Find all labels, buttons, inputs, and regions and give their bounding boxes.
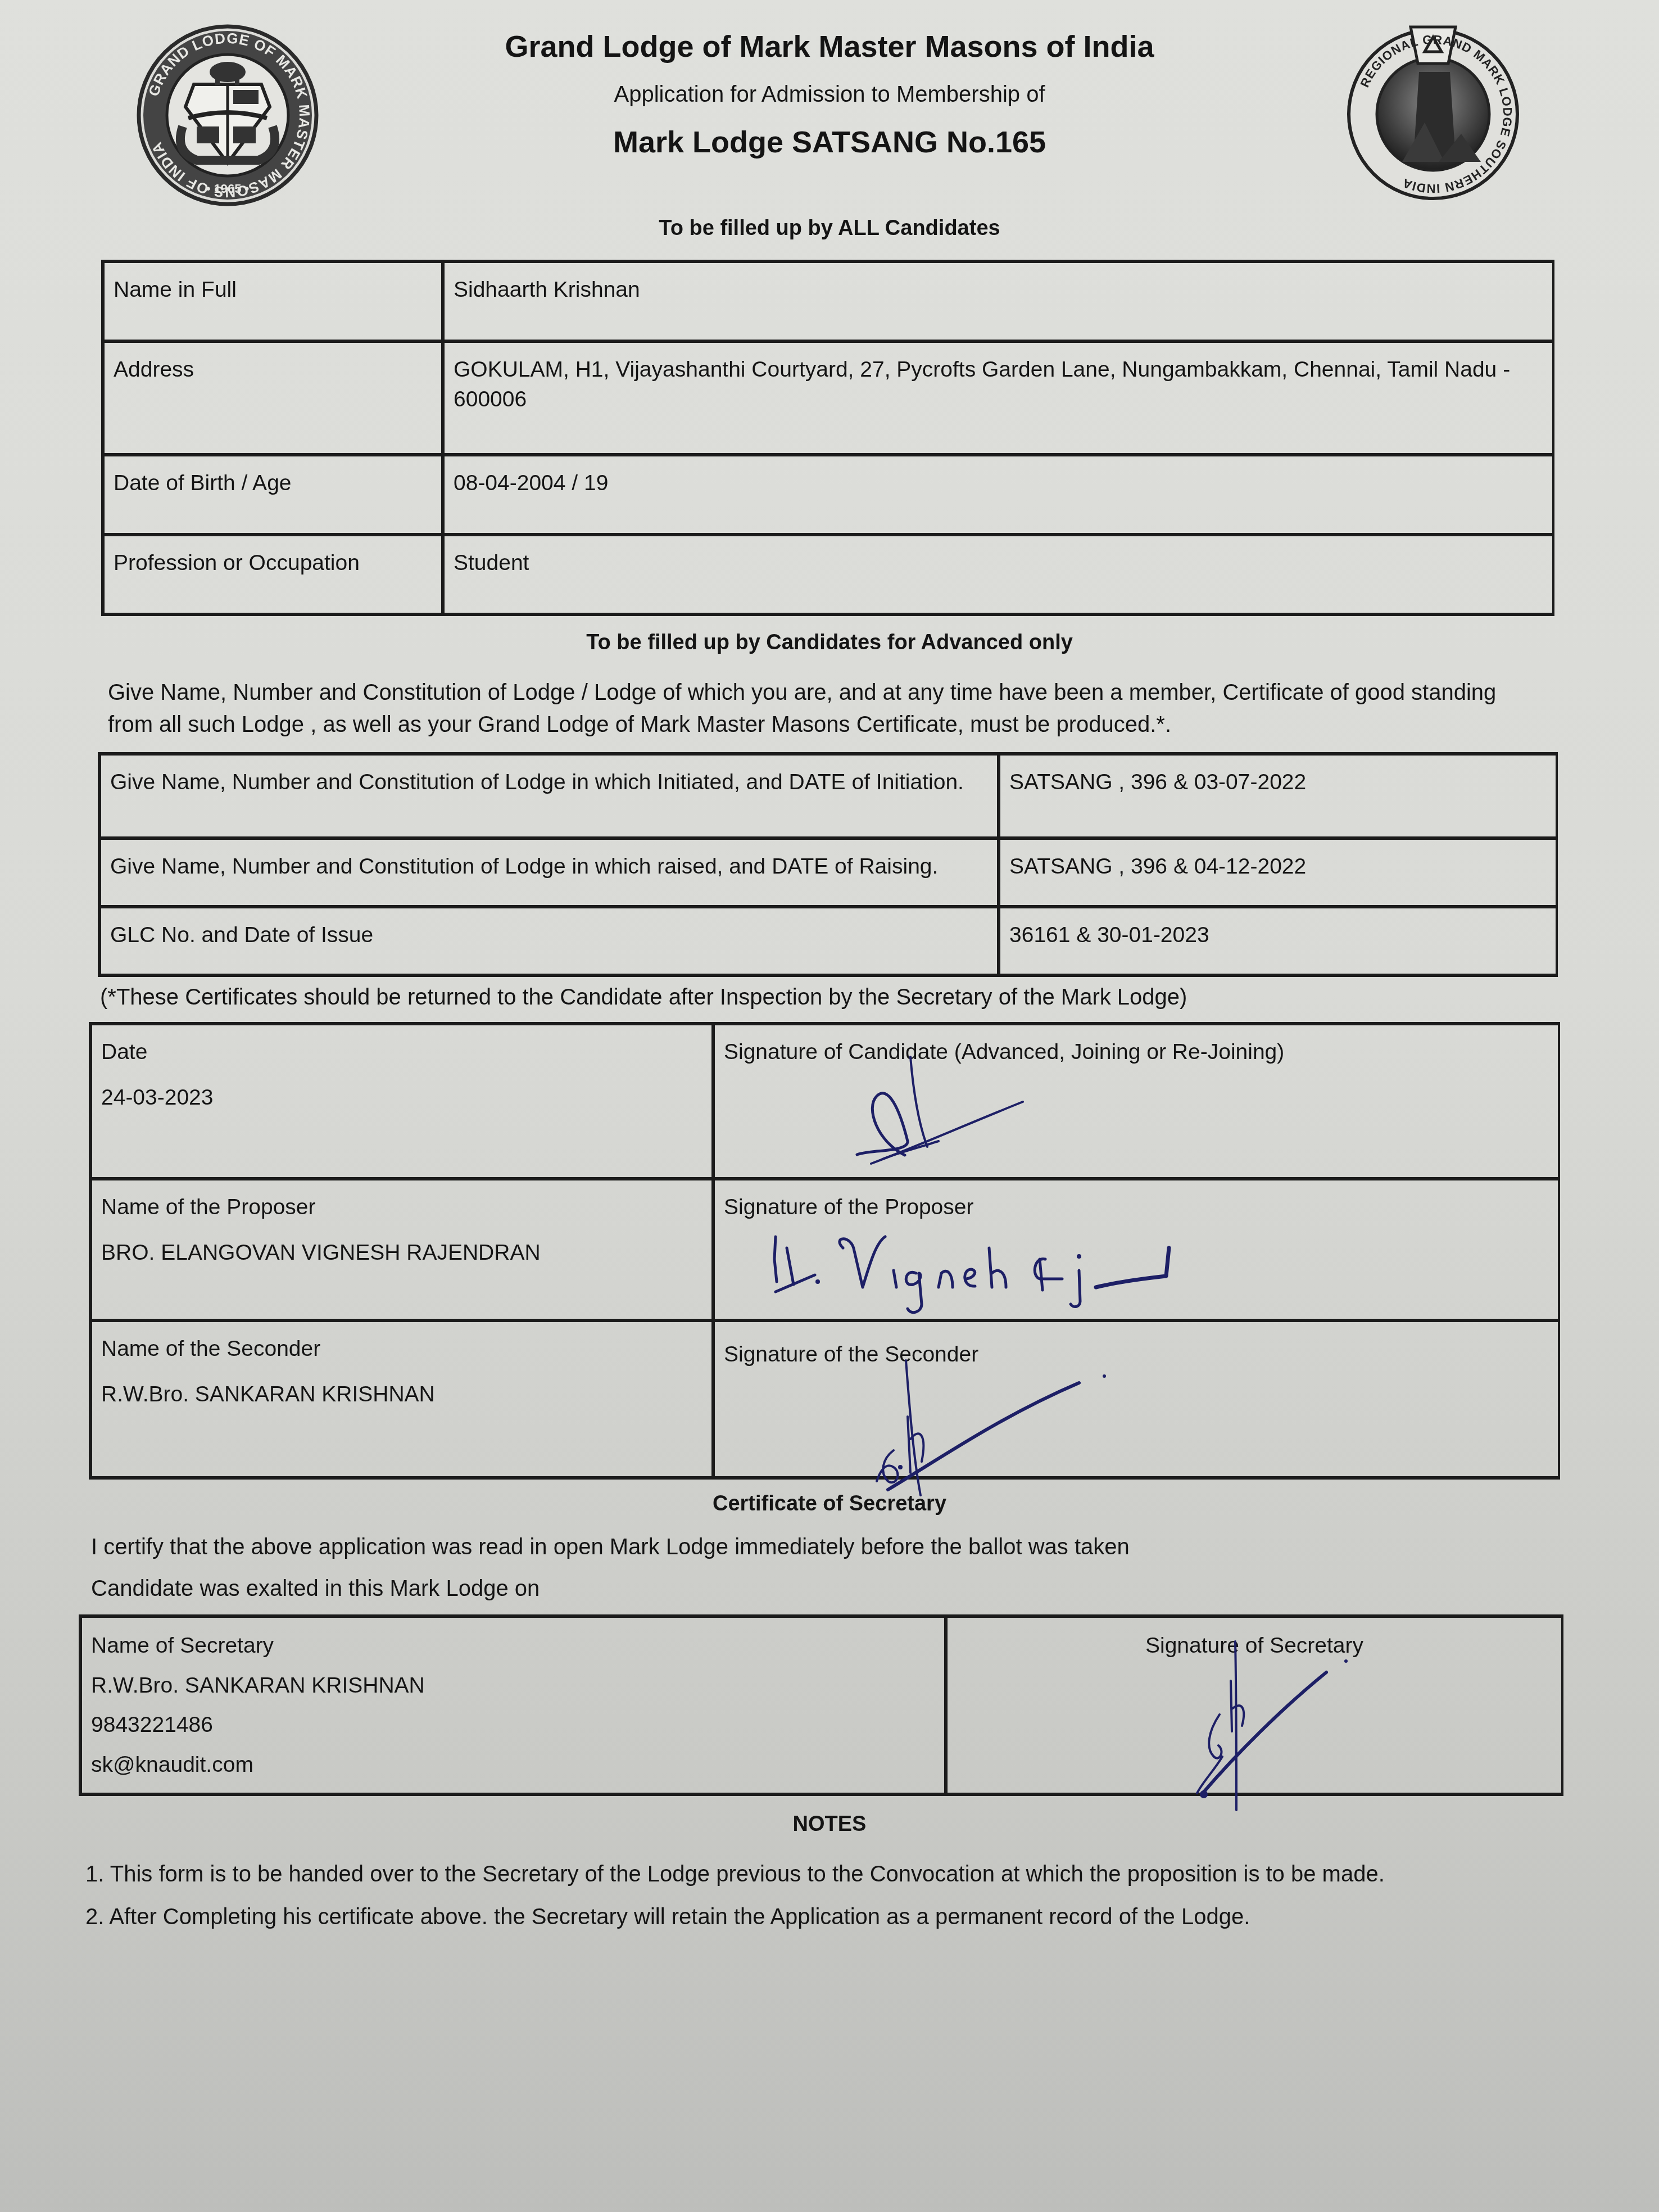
notes-heading: NOTES — [0, 1812, 1659, 1836]
seconder-name-field[interactable]: R.W.Bro. SANKARAN KRISHNAN — [101, 1380, 702, 1410]
date-label: Date — [101, 1038, 702, 1067]
secretary-phone-field[interactable]: 9843221486 — [91, 1711, 935, 1740]
proposer-name-field[interactable]: BRO. ELANGOVAN VIGNESH RAJENDRAN — [101, 1238, 702, 1268]
candidate-signature-label: Signature of Candidate (Advanced, Joinin… — [724, 1040, 1284, 1064]
secretary-table: Name of Secretary R.W.Bro. SANKARAN KRIS… — [79, 1614, 1563, 1796]
field-label: Give Name, Number and Constitution of Lo… — [99, 754, 999, 838]
proposer-signature-label: Signature of the Proposer — [724, 1195, 973, 1219]
table-row: Name in Full Sidhaarth Krishnan — [103, 261, 1553, 341]
secretary-name-label: Name of Secretary — [91, 1631, 935, 1661]
table-row: Date 24-03-2023 Signature of Candidate (… — [90, 1024, 1559, 1179]
table-row: Address GOKULAM, H1, Vijayashanthi Court… — [103, 341, 1553, 455]
name-in-full-field[interactable]: Sidhaarth Krishnan — [443, 261, 1553, 341]
lodge-name: Mark Lodge SATSANG No.165 — [0, 125, 1659, 160]
raising-lodge-field[interactable]: SATSANG , 396 & 04-12-2022 — [999, 838, 1557, 907]
secretary-signature-label: Signature of Secretary — [1145, 1634, 1363, 1658]
secretary-signature-cell[interactable]: Signature of Secretary — [946, 1616, 1562, 1794]
field-label: Give Name, Number and Constitution of Lo… — [99, 838, 999, 907]
seconder-name-cell: Name of the Seconder R.W.Bro. SANKARAN K… — [90, 1320, 713, 1478]
table-row: Give Name, Number and Constitution of Lo… — [99, 754, 1557, 838]
date-of-birth-age-field[interactable]: 08-04-2004 / 19 — [443, 455, 1553, 535]
certificates-footnote: (*These Certificates should be returned … — [100, 981, 1561, 1014]
field-label: Profession or Occupation — [103, 535, 443, 614]
note-item: 2. After Completing his certificate abov… — [85, 1901, 1250, 1933]
seconder-signature-cell[interactable]: Signature of the Seconder — [713, 1320, 1559, 1478]
table-row: Name of Secretary R.W.Bro. SANKARAN KRIS… — [80, 1616, 1562, 1794]
seconder-name-label: Name of the Seconder — [101, 1335, 702, 1364]
table-row: Name of the Seconder R.W.Bro. SANKARAN K… — [90, 1320, 1559, 1478]
svg-text:• 1965 •: • 1965 • — [206, 182, 250, 196]
date-cell: Date 24-03-2023 — [90, 1024, 713, 1179]
candidate-details-table: Name in Full Sidhaarth Krishnan Address … — [101, 260, 1554, 616]
exalted-statement: Candidate was exalted in this Mark Lodge… — [91, 1573, 540, 1605]
page-title: Grand Lodge of Mark Master Masons of Ind… — [0, 29, 1659, 64]
address-field[interactable]: GOKULAM, H1, Vijayashanthi Courtyard, 27… — [443, 341, 1553, 455]
certificate-statement: I certify that the above application was… — [91, 1531, 1130, 1563]
field-label: Date of Birth / Age — [103, 455, 443, 535]
section-heading-advanced: To be filled up by Candidates for Advanc… — [0, 631, 1659, 655]
table-row: Name of the Proposer BRO. ELANGOVAN VIGN… — [90, 1179, 1559, 1320]
field-label: Name in Full — [103, 261, 443, 341]
proposer-name-label: Name of the Proposer — [101, 1193, 702, 1223]
date-field[interactable]: 24-03-2023 — [101, 1083, 702, 1113]
advanced-instructions: Give Name, Number and Constitution of Lo… — [108, 677, 1547, 741]
field-label: Address — [103, 341, 443, 455]
initiation-lodge-field[interactable]: SATSANG , 396 & 03-07-2022 — [999, 754, 1557, 838]
table-row: Profession or Occupation Student — [103, 535, 1553, 614]
section-heading-all-candidates: To be filled up by ALL Candidates — [0, 216, 1659, 241]
advanced-details-table: Give Name, Number and Constitution of Lo… — [98, 752, 1558, 977]
application-form-page: GRAND LODGE OF MARK MASTER MASONS OF IND… — [0, 0, 1659, 2212]
candidate-signature-cell[interactable]: Signature of Candidate (Advanced, Joinin… — [713, 1024, 1559, 1179]
proposer-name-cell: Name of the Proposer BRO. ELANGOVAN VIGN… — [90, 1179, 713, 1320]
secretary-details-cell: Name of Secretary R.W.Bro. SANKARAN KRIS… — [80, 1616, 946, 1794]
proposer-signature-cell[interactable]: Signature of the Proposer — [713, 1179, 1559, 1320]
section-heading-certificate: Certificate of Secretary — [0, 1492, 1659, 1516]
secretary-name-field[interactable]: R.W.Bro. SANKARAN KRISHNAN — [91, 1671, 935, 1701]
signatures-table: Date 24-03-2023 Signature of Candidate (… — [89, 1022, 1560, 1480]
table-row: Date of Birth / Age 08-04-2004 / 19 — [103, 455, 1553, 535]
note-item: 1. This form is to be handed over to the… — [85, 1858, 1385, 1890]
glc-number-field[interactable]: 36161 & 30-01-2023 — [999, 907, 1557, 975]
table-row: Give Name, Number and Constitution of Lo… — [99, 838, 1557, 907]
profession-field[interactable]: Student — [443, 535, 1553, 614]
table-row: GLC No. and Date of Issue 36161 & 30-01-… — [99, 907, 1557, 975]
page-subtitle: Application for Admission to Membership … — [0, 82, 1659, 107]
field-label: GLC No. and Date of Issue — [99, 907, 999, 975]
seconder-signature-label: Signature of the Seconder — [724, 1340, 1549, 1370]
secretary-email-field[interactable]: sk@knaudit.com — [91, 1750, 935, 1780]
